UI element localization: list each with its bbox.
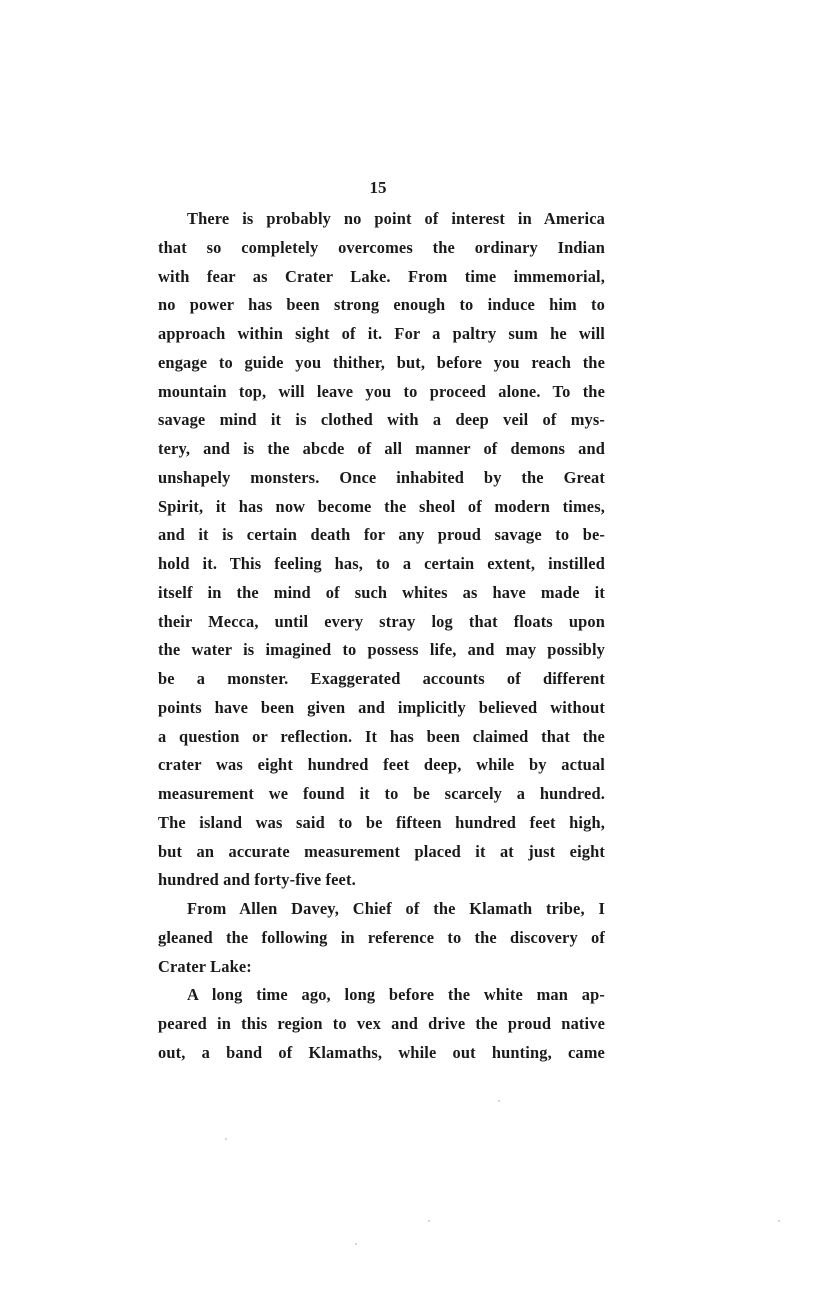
text-line: peared in this region to vex and drive t… <box>158 1010 605 1039</box>
body-text: There is probably no point of interest i… <box>158 205 605 1068</box>
text-line: the water is imagined to possess life, a… <box>158 636 605 665</box>
text-line: crater was eight hundred feet deep, whil… <box>158 751 605 780</box>
text-line: itself in the mind of such whites as hav… <box>158 579 605 608</box>
text-line: out, a band of Klamaths, while out hunti… <box>158 1039 605 1068</box>
scan-speck <box>428 1220 430 1222</box>
text-line: approach within sight of it. For a paltr… <box>158 320 605 349</box>
text-line: unshapely monsters. Once inhabited by th… <box>158 464 605 493</box>
text-line: that so completely overcomes the ordinar… <box>158 234 605 263</box>
text-line: but an accurate measurement placed it at… <box>158 838 605 867</box>
text-line: be a monster. Exaggerated accounts of di… <box>158 665 605 694</box>
text-line: Spirit, it has now become the sheol of m… <box>158 493 605 522</box>
scan-speck <box>778 1220 780 1222</box>
scan-speck <box>225 1138 227 1140</box>
text-line: a question or reflection. It has been cl… <box>158 723 605 752</box>
paragraph-1: There is probably no point of interest i… <box>158 205 605 895</box>
text-line: and it is certain death for any proud sa… <box>158 521 605 550</box>
text-line: Crater Lake: <box>158 953 605 982</box>
text-line: hundred and forty-five feet. <box>158 866 605 895</box>
text-line: engage to guide you thither, but, before… <box>158 349 605 378</box>
text-line: gleaned the following in reference to th… <box>158 924 605 953</box>
text-line: points have been given and implicitly be… <box>158 694 605 723</box>
document-page: 15 There is probably no point of interes… <box>0 0 822 1296</box>
text-line: There is probably no point of interest i… <box>158 205 605 234</box>
text-line: From Allen Davey, Chief of the Klamath t… <box>158 895 605 924</box>
text-line: no power has been strong enough to induc… <box>158 291 605 320</box>
paragraph-2: From Allen Davey, Chief of the Klamath t… <box>158 895 605 981</box>
text-line: hold it. This feeling has, to a certain … <box>158 550 605 579</box>
scan-speck <box>498 1100 500 1102</box>
text-line: tery, and is the abcde of all manner of … <box>158 435 605 464</box>
text-line: The island was said to be fifteen hundre… <box>158 809 605 838</box>
text-line: savage mind it is clothed with a deep ve… <box>158 406 605 435</box>
paragraph-3: A long time ago, long before the white m… <box>158 981 605 1067</box>
text-line: with fear as Crater Lake. From time imme… <box>158 263 605 292</box>
text-line: mountain top, will leave you to proceed … <box>158 378 605 407</box>
text-line: A long time ago, long before the white m… <box>158 981 605 1010</box>
scan-speck <box>355 1243 357 1245</box>
text-line: measurement we found it to be scarcely a… <box>158 780 605 809</box>
text-line: their Mecca, until every stray log that … <box>158 608 605 637</box>
page-number: 15 <box>358 178 398 198</box>
